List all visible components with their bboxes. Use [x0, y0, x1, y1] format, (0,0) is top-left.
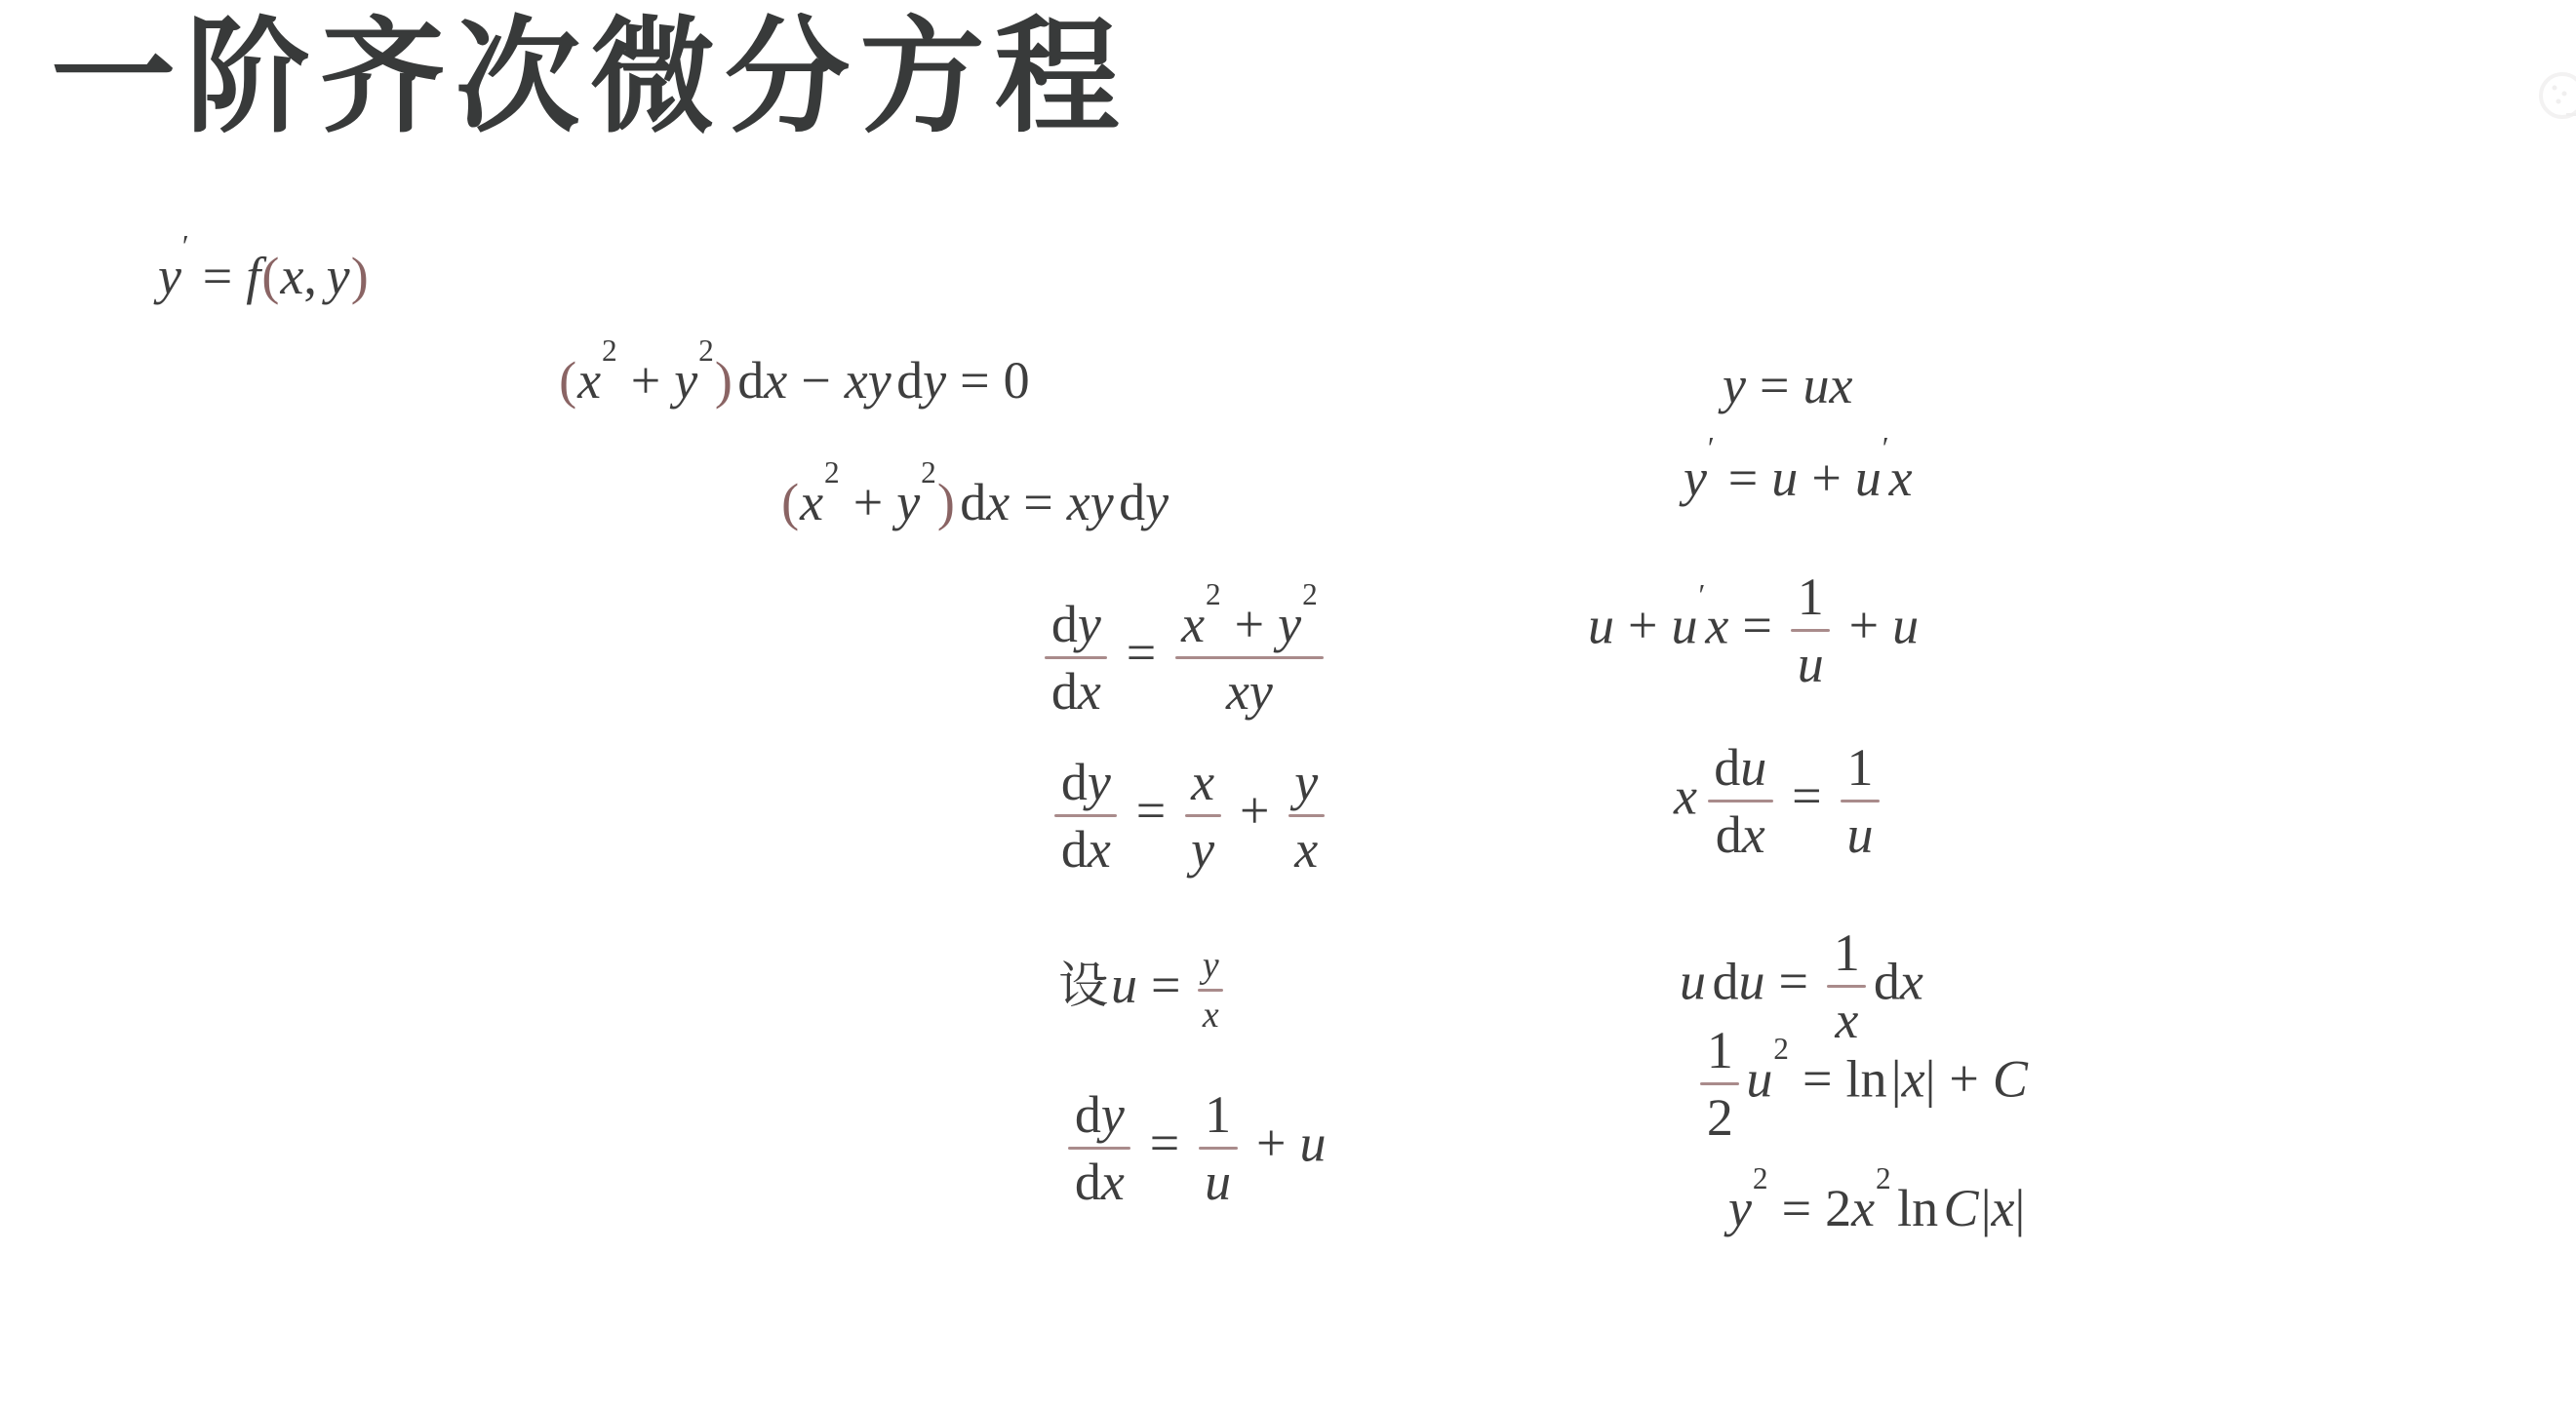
superscript: ′ — [1698, 578, 1705, 612]
math-token: y — [1203, 945, 1219, 986]
math-token: = — [1151, 956, 1180, 1014]
superscript: ′ — [1882, 431, 1889, 465]
math-token: y — [1278, 595, 1301, 653]
denominator: u — [1199, 1153, 1238, 1211]
math-token: 0 — [1004, 351, 1030, 410]
fraction: dydx — [1068, 1085, 1130, 1212]
math-token: x — [1705, 596, 1728, 654]
fraction-bar — [1175, 656, 1325, 659]
math-token: | — [1891, 1049, 1902, 1108]
fraction-bar — [1185, 814, 1221, 817]
math-token: x — [986, 473, 1010, 531]
math-token: 1 — [1846, 738, 1873, 797]
numerator: dy — [1054, 753, 1117, 811]
math-token: x — [845, 351, 868, 410]
fraction-bar — [1288, 814, 1325, 817]
math-token: 1 — [1707, 1021, 1733, 1079]
equation-given: y′=f(x,y) — [158, 244, 370, 310]
math-token: u — [1798, 635, 1824, 693]
denominator: xy — [1175, 662, 1325, 721]
math-token: y — [923, 351, 946, 410]
math-token: x — [1101, 1153, 1125, 1211]
math-token: = — [960, 351, 989, 410]
math-token: = — [1023, 473, 1052, 531]
math-token: = — [1136, 781, 1166, 840]
math-token: 2 — [1825, 1179, 1851, 1237]
math-token: d — [1119, 473, 1145, 531]
math-token: ) — [714, 351, 733, 410]
fraction-bar — [1054, 814, 1117, 817]
numerator: x2+y2 — [1175, 595, 1325, 653]
math-token: + — [1240, 781, 1269, 840]
math-token: x — [1088, 820, 1111, 879]
denominator: u — [1791, 635, 1830, 693]
equation-right-1: y=ux — [1723, 353, 1852, 419]
math-token: x — [280, 247, 303, 305]
denominator: y — [1185, 820, 1221, 879]
notes-canvas: 一阶齐次微分方程 y′=f(x,y)(x2+y2)dx−xydy=0(x2+y2… — [0, 0, 2576, 1409]
math-token: + — [1949, 1049, 1978, 1108]
math-token: x — [1900, 952, 1923, 1010]
math-token: ln — [1897, 1179, 1938, 1237]
math-token: = — [1792, 766, 1821, 825]
math-token: u — [1771, 449, 1798, 507]
math-token: d — [896, 351, 923, 410]
fraction-bar — [1827, 985, 1866, 988]
math-token: x — [1203, 995, 1219, 1036]
math-token: | — [2015, 1179, 2026, 1237]
math-token: d — [1061, 753, 1088, 811]
math-token: C — [1993, 1049, 2028, 1108]
math-token: x — [1851, 1179, 1875, 1237]
math-token: x — [1830, 356, 1853, 414]
equation-right-4: xdudx=1u — [1674, 738, 1884, 865]
equation-left-5: 设u=yx — [1058, 945, 1227, 1037]
math-token: u — [1746, 1049, 1772, 1108]
superscript: 2 — [824, 455, 840, 489]
superscript: 2 — [1302, 577, 1318, 611]
math-token: x — [1226, 662, 1249, 721]
fraction: x2+y2xy — [1175, 595, 1325, 722]
math-token: d — [1051, 595, 1078, 653]
math-token: x — [1181, 595, 1205, 653]
watermark-partial-logo — [2533, 70, 2576, 125]
numerator: du — [1708, 738, 1773, 797]
equation-right-2: y′=u+u′x — [1684, 446, 1913, 512]
math-token: y — [1723, 356, 1746, 414]
math-token: x — [1992, 1179, 2015, 1237]
fraction: xy — [1185, 753, 1221, 880]
fraction: dudx — [1708, 738, 1773, 865]
math-token: = — [1803, 1049, 1832, 1108]
numerator: 1 — [1199, 1085, 1238, 1144]
math-token: x — [1889, 449, 1913, 507]
math-token: + — [631, 351, 660, 410]
numerator: dy — [1045, 595, 1107, 653]
denominator: x — [1288, 820, 1325, 879]
math-token: 1 — [1205, 1085, 1231, 1144]
math-token: x — [1674, 766, 1697, 825]
math-token: u — [1299, 1114, 1326, 1172]
fraction-bar — [1700, 1082, 1739, 1085]
equation-right-7: y2=2x2lnC|x| — [1728, 1176, 2025, 1242]
denominator: dx — [1068, 1153, 1130, 1211]
denominator: x — [1198, 995, 1223, 1036]
fraction-bar — [1198, 989, 1223, 992]
math-token: = — [1728, 449, 1758, 507]
math-token: 1 — [1834, 923, 1860, 982]
equations-layer: y′=f(x,y)(x2+y2)dx−xydy=0(x2+y2)dx=xydyd… — [0, 0, 2576, 1409]
denominator: u — [1841, 805, 1880, 864]
fraction: dydx — [1054, 753, 1117, 880]
math-token: u — [1846, 805, 1873, 864]
math-token: y — [1145, 473, 1169, 531]
equation-left-3: dydx=x2+y2xy — [1040, 595, 1329, 722]
math-token: y — [868, 351, 892, 410]
math-token: y — [1249, 662, 1273, 721]
math-token: d — [1716, 805, 1742, 864]
math-token: x — [1294, 820, 1318, 879]
math-token: y — [1090, 473, 1114, 531]
math-token: + — [853, 473, 883, 531]
numerator: 1 — [1791, 568, 1830, 626]
math-token: d — [1874, 952, 1900, 1010]
math-token: | — [1925, 1049, 1936, 1108]
math-token: 设 — [1058, 958, 1108, 1013]
math-token: d — [737, 351, 764, 410]
math-token: d — [1712, 952, 1738, 1010]
math-token: ( — [260, 247, 280, 305]
math-token: d — [1075, 1153, 1101, 1211]
fraction: yx — [1198, 945, 1223, 1037]
math-token: 1 — [1798, 568, 1824, 626]
math-token: , — [303, 247, 317, 305]
equation-right-6: 12u2=ln|x|+C — [1695, 1021, 2028, 1148]
superscript: 2 — [1876, 1161, 1891, 1195]
superscript: 2 — [921, 455, 936, 489]
superscript: ′ — [182, 229, 189, 263]
math-token: x — [1742, 805, 1765, 864]
math-token: = — [1742, 596, 1771, 654]
math-token: y — [1078, 595, 1101, 653]
fraction-bar — [1068, 1147, 1130, 1150]
math-token: u — [1738, 952, 1764, 1010]
math-token: y — [158, 247, 181, 305]
denominator: dx — [1708, 805, 1773, 864]
math-token: u — [1803, 356, 1830, 414]
math-token: ( — [558, 351, 577, 410]
math-token: = — [203, 247, 232, 305]
math-token: x — [1191, 753, 1214, 811]
math-token: x — [577, 351, 601, 410]
denominator: dx — [1054, 820, 1117, 879]
numerator: 1 — [1841, 738, 1880, 797]
fraction-bar — [1199, 1147, 1238, 1150]
math-token: x — [764, 351, 787, 410]
equation-left-6: dydx=1u+u — [1063, 1085, 1326, 1212]
math-token: x — [1067, 473, 1090, 531]
math-token: + — [1628, 596, 1657, 654]
numerator: 1 — [1700, 1021, 1739, 1079]
equation-right-3: u+u′x=1u+u — [1588, 568, 1919, 694]
superscript: 2 — [1206, 577, 1221, 611]
superscript: ′ — [1708, 431, 1715, 465]
math-token: d — [1714, 738, 1740, 797]
fraction: 12 — [1700, 1021, 1739, 1148]
math-token: y — [674, 351, 697, 410]
math-token: ) — [350, 247, 370, 305]
superscript: 2 — [698, 333, 714, 368]
math-token: = — [1150, 1114, 1179, 1172]
math-token: 2 — [1707, 1088, 1733, 1147]
denominator: dx — [1045, 662, 1107, 721]
math-token: d — [1051, 662, 1078, 721]
math-token: x — [800, 473, 823, 531]
fraction-bar — [1791, 629, 1830, 632]
numerator: 1 — [1827, 923, 1866, 982]
fraction: 1u — [1791, 568, 1830, 694]
math-token: y — [1294, 753, 1318, 811]
math-token: | — [1981, 1179, 1992, 1237]
fraction: 1u — [1199, 1085, 1238, 1212]
math-token: u — [1672, 596, 1698, 654]
math-token: + — [1235, 595, 1264, 653]
math-token: d — [1075, 1085, 1101, 1144]
math-token: u — [1892, 596, 1919, 654]
math-token: u — [1740, 738, 1766, 797]
equation-left-4: dydx=xy+yx — [1050, 753, 1329, 880]
math-token: C — [1944, 1179, 1979, 1237]
superscript: 2 — [1753, 1161, 1768, 1195]
superscript: 2 — [602, 333, 617, 368]
math-token: d — [1061, 820, 1088, 879]
math-token: u — [1680, 952, 1706, 1010]
math-token: = — [1760, 356, 1789, 414]
math-token: = — [1782, 1179, 1811, 1237]
numerator: y — [1198, 945, 1223, 986]
math-token: + — [1849, 596, 1879, 654]
math-token: ln — [1845, 1049, 1886, 1108]
math-token: x — [1902, 1049, 1925, 1108]
math-token: y — [1728, 1179, 1752, 1237]
math-token: u — [1205, 1153, 1231, 1211]
math-token: y — [1684, 449, 1707, 507]
equation-left-2: (x2+y2)dx=xydy — [780, 470, 1169, 536]
math-token: d — [960, 473, 986, 531]
math-token: y — [1088, 753, 1111, 811]
numerator: y — [1288, 753, 1325, 811]
fraction: 1u — [1841, 738, 1880, 865]
watermark-glyph — [2533, 70, 2576, 125]
math-token: u — [1855, 449, 1882, 507]
math-token: ) — [936, 473, 956, 531]
math-token: y — [327, 247, 350, 305]
superscript: 2 — [1773, 1032, 1789, 1066]
fraction: yx — [1288, 753, 1325, 880]
math-token: y — [896, 473, 920, 531]
math-token: y — [1191, 820, 1214, 879]
math-token: + — [1811, 449, 1841, 507]
math-token: x — [1078, 662, 1101, 721]
math-token: = — [1779, 952, 1808, 1010]
math-token: u — [1111, 956, 1137, 1014]
fraction: dydx — [1045, 595, 1107, 722]
math-token: y — [1101, 1085, 1125, 1144]
fraction-bar — [1708, 800, 1773, 802]
math-token: + — [1256, 1114, 1286, 1172]
fraction-bar — [1841, 800, 1880, 802]
fraction-bar — [1045, 656, 1107, 659]
equation-left-1: (x2+y2)dx−xydy=0 — [558, 348, 1030, 414]
math-token: = — [1127, 623, 1156, 682]
math-token: ( — [780, 473, 800, 531]
math-token: u — [1588, 596, 1614, 654]
math-token: − — [801, 351, 830, 410]
numerator: dy — [1068, 1085, 1130, 1144]
numerator: x — [1185, 753, 1221, 811]
math-token: f — [246, 247, 260, 305]
denominator: 2 — [1700, 1088, 1739, 1147]
